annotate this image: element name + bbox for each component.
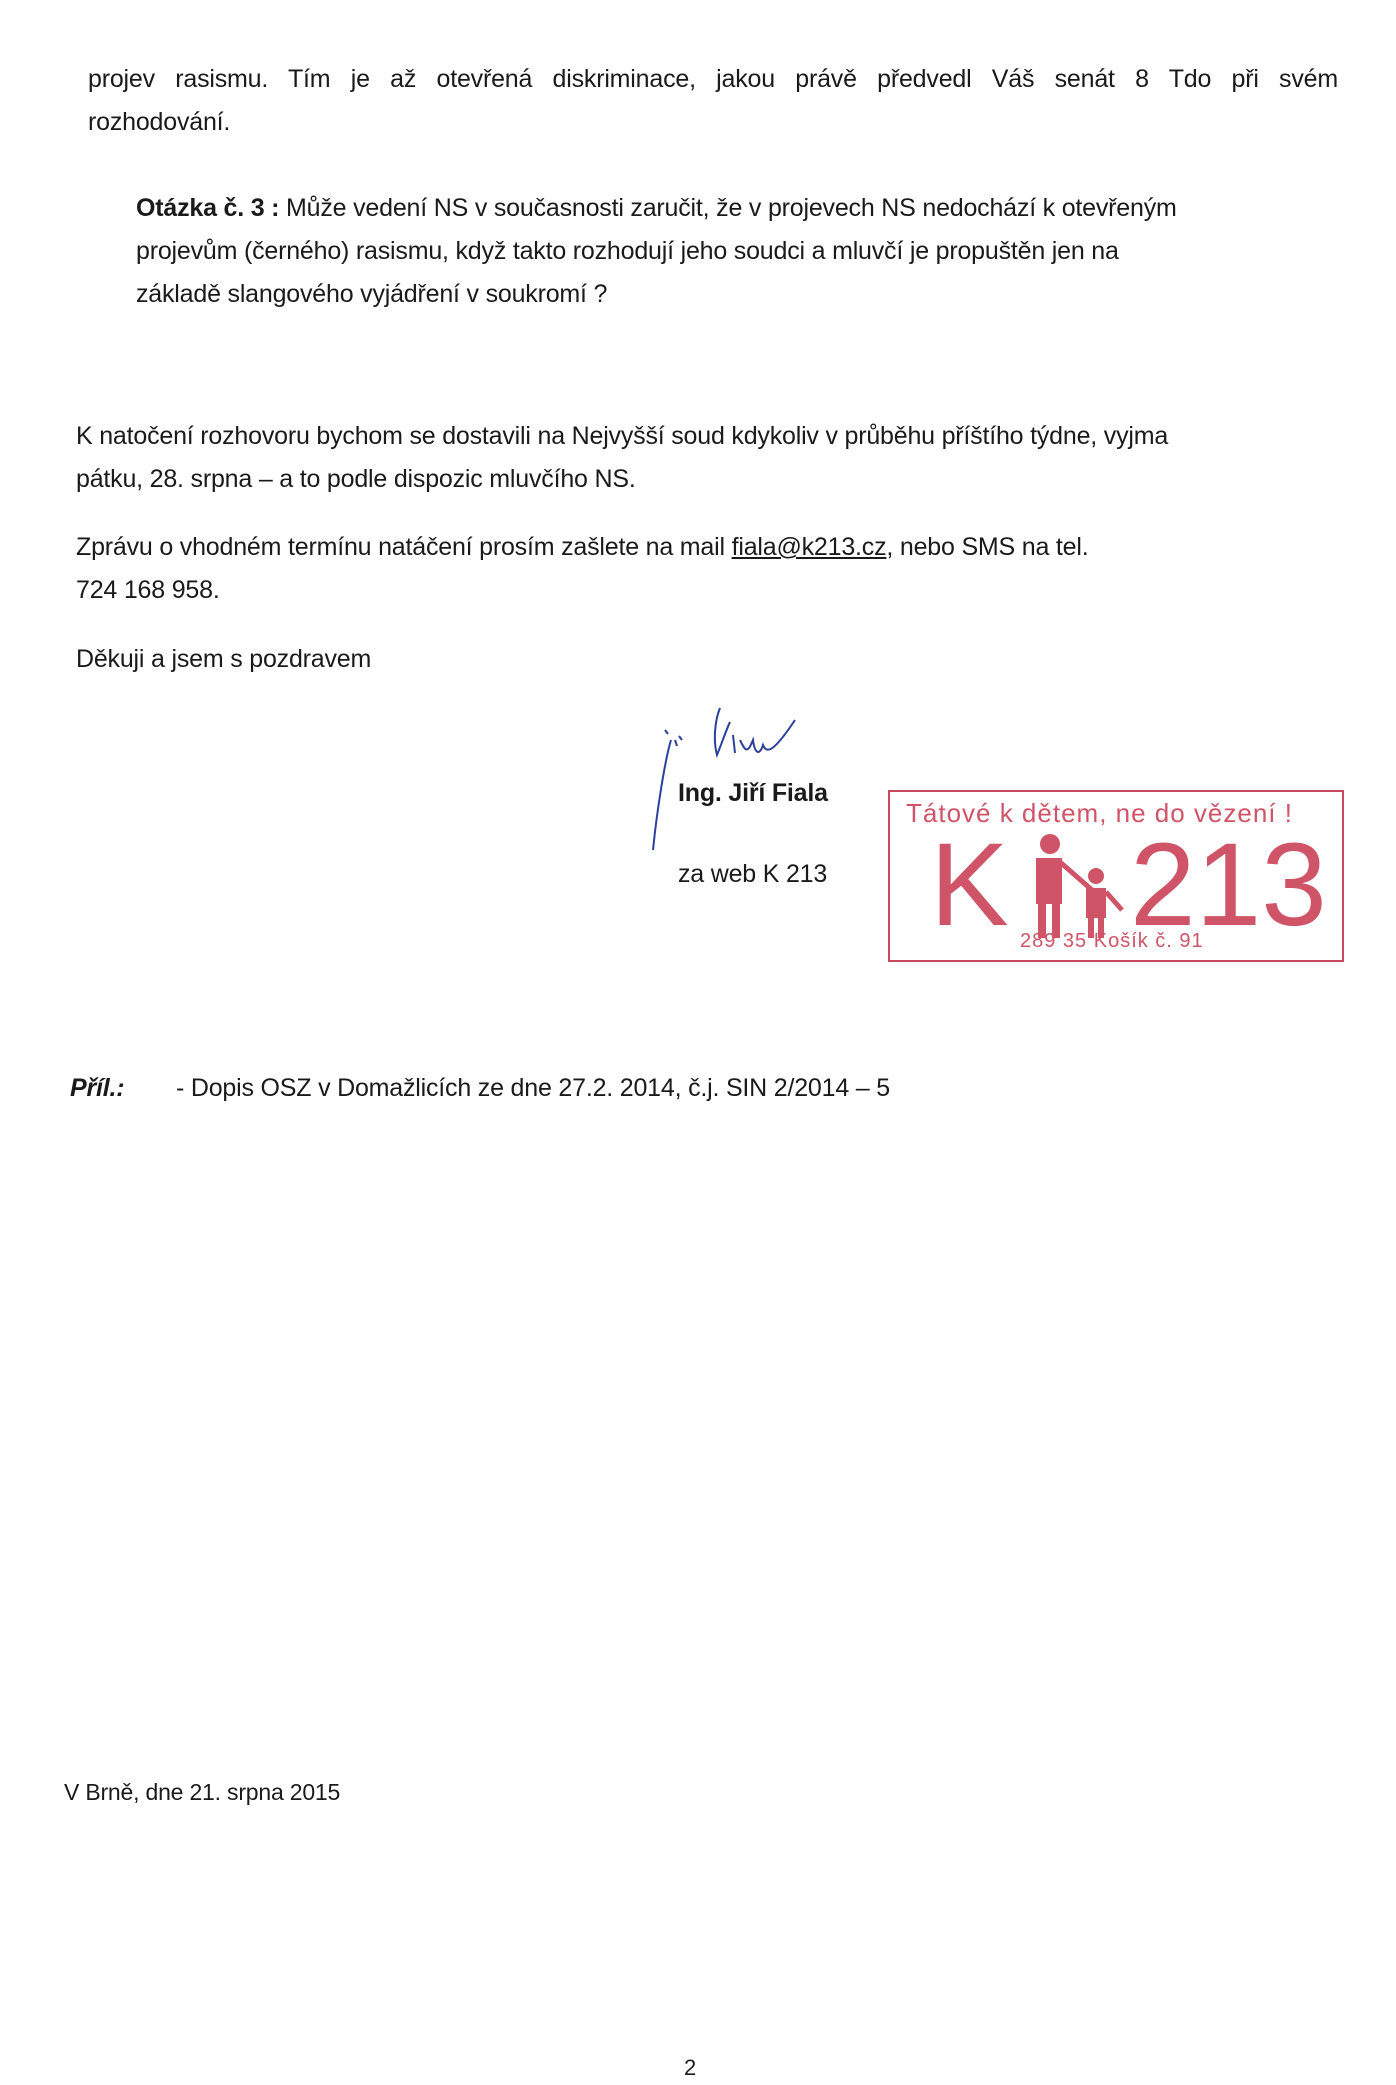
place-date: V Brně, dne 21. srpna 2015 — [64, 1770, 340, 1815]
stamp-logo: K 213 — [930, 834, 1330, 938]
paragraph-3-line-1: Zprávu o vhodném termínu natáčení prosím… — [76, 525, 1088, 570]
attachment-line: Příl.: — [70, 1066, 124, 1111]
organization-stamp: Tátové k dětem, ne do vězení ! K 213 289… — [888, 790, 1344, 962]
father-child-icon — [1022, 832, 1142, 942]
stamp-logo-k: K — [930, 826, 1009, 944]
page-number: 2 — [684, 2055, 696, 2081]
attachment-label: Příl.: — [70, 1074, 124, 1102]
phone-number: 724 168 958. — [76, 568, 220, 613]
question-3-line-3: základě slangového vyjádření v soukromí … — [136, 272, 607, 317]
signature-role: za web K 213 — [678, 852, 827, 897]
question-3-line-2: projevům (černého) rasismu, když takto r… — [136, 229, 1119, 274]
question-3-text: Může vedení NS v současnosti zaručit, že… — [279, 194, 1176, 222]
closing-text: Děkuji a jsem s pozdravem — [76, 637, 371, 682]
paragraph-2-line-1: K natočení rozhovoru bychom se dostavili… — [76, 414, 1168, 459]
paragraph-1-line-1: projev rasismu. Tím je až otevřená diskr… — [88, 57, 1338, 102]
paragraph-2-line-2: pátku, 28. srpna – a to podle dispozic m… — [76, 457, 636, 502]
paragraph-1-line-2: rozhodování. — [88, 100, 230, 145]
paragraph-3-text-end: , nebo SMS na tel. — [886, 533, 1088, 561]
signature-name: Ing. Jiří Fiala — [678, 771, 828, 816]
stamp-address: 289 35 Košík č. 91 — [1020, 930, 1204, 953]
question-3-label: Otázka č. 3 : — [136, 194, 279, 222]
question-3-line-1: Otázka č. 3 : Může vedení NS v současnos… — [136, 186, 1177, 231]
stamp-logo-number: 213 — [1130, 826, 1327, 944]
email-link[interactable]: fiala@k213.cz — [732, 533, 887, 561]
attachment-text: - Dopis OSZ v Domažlicích ze dne 27.2. 2… — [176, 1066, 890, 1111]
paragraph-3-text: Zprávu o vhodném termínu natáčení prosím… — [76, 533, 732, 561]
